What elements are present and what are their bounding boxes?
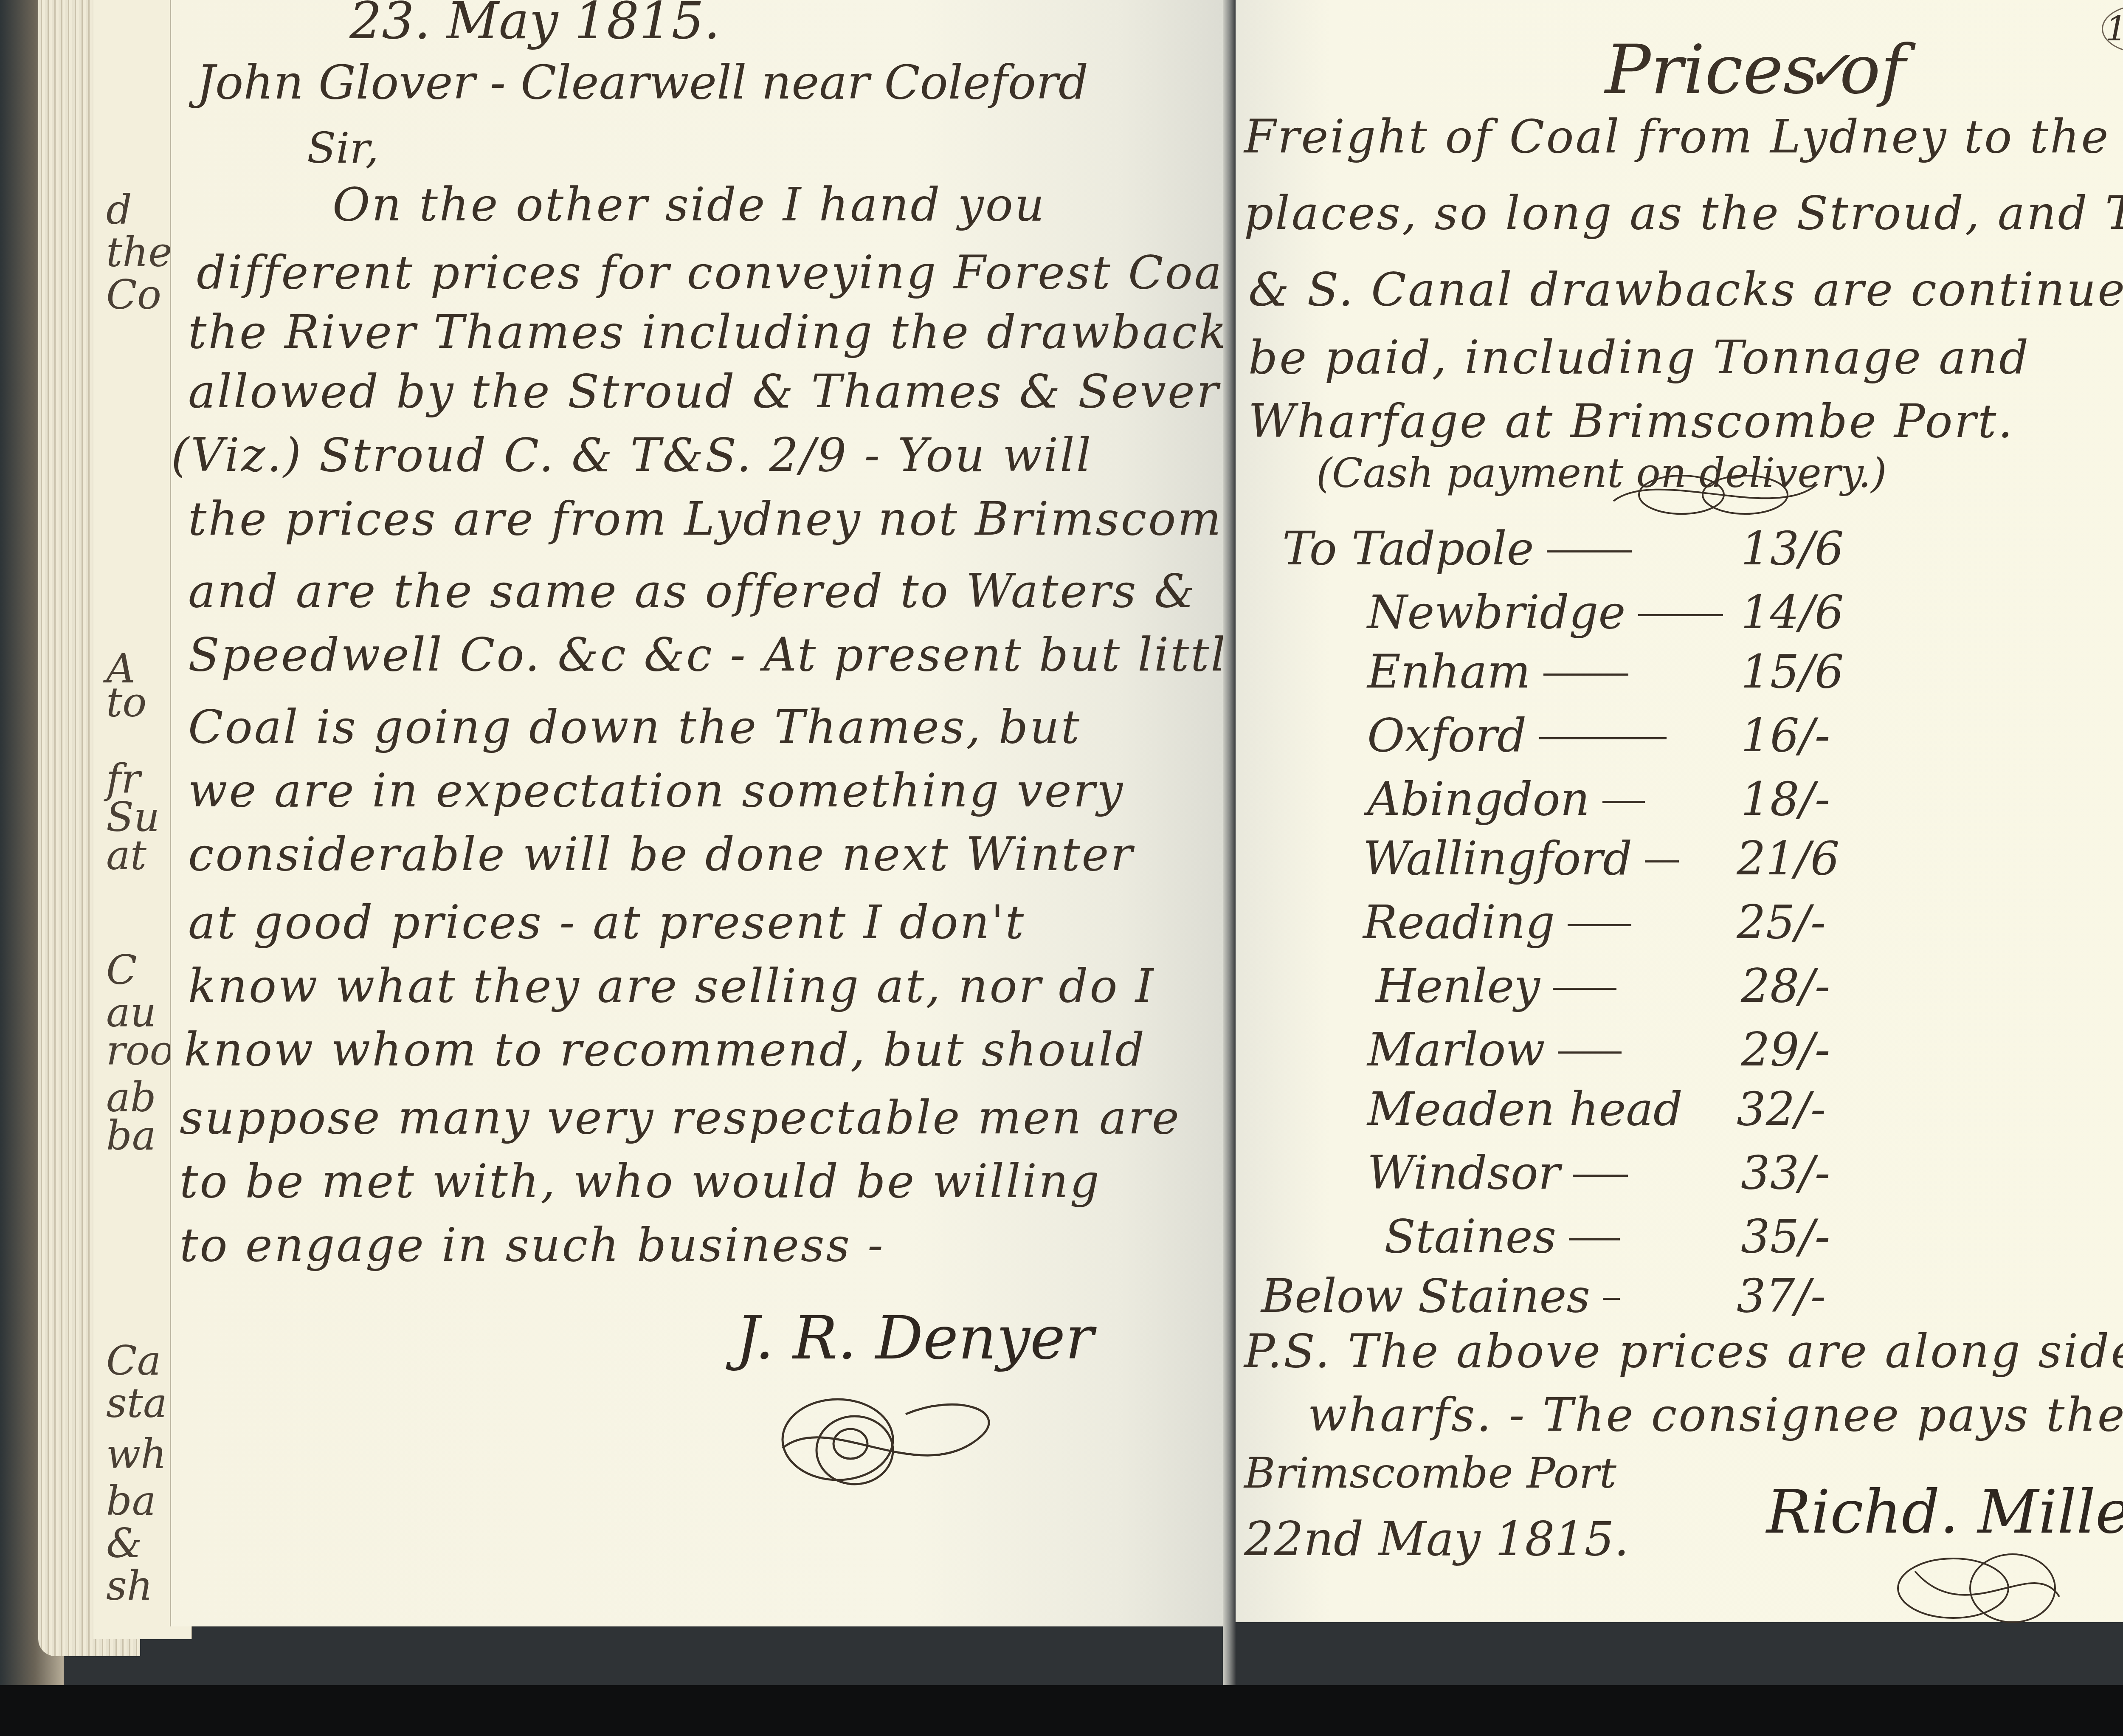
intro-line: Wharfage at Brimscombe Port.	[1248, 395, 2014, 448]
intro-line: Freight of Coal from Lydney to the under…	[1244, 110, 2123, 163]
price-row-below-staines: Below Staines 37/-	[1261, 1270, 1633, 1323]
letter-line: know whom to recommend, but should	[184, 1023, 1146, 1077]
price-row-newbridge: Newbridge 14/6	[1367, 586, 1736, 639]
margin-fragment: Co	[106, 272, 161, 318]
checkmark-icon: ✓	[1805, 38, 1851, 103]
margin-fragment: the	[106, 229, 172, 276]
letter-line: different prices for conveying Forest Co…	[197, 246, 1388, 299]
letter-line: Speedwell Co. &c &c - At present but lit…	[188, 628, 1256, 682]
letter-line: to be met with, who would be willing	[180, 1155, 1101, 1208]
letter-signature: J. R. Denyer	[736, 1304, 1094, 1373]
price-row-wallingford: Wallingford 21/6	[1363, 832, 1692, 885]
letter-salutation: Sir,	[307, 123, 379, 173]
price-row-marlow: Marlow 29/-	[1367, 1023, 1634, 1077]
price-row-henley: Henley 28/-	[1376, 960, 1629, 1013]
left-page-letter: 23. May 1815. John Glover - Clearwell ne…	[170, 0, 1224, 1626]
letter-line: to engage in such business -	[180, 1219, 885, 1272]
price-list-signature: Richd. Miller	[1766, 1478, 2123, 1547]
intro-line: & S. Canal drawbacks are continued to	[1248, 263, 2123, 316]
postscript-line: wharfs. - The consignee pays the unloadi…	[1308, 1389, 2123, 1442]
letter-line: and are the same as offered to Waters &	[188, 565, 1197, 618]
margin-fragment: ba	[106, 1478, 156, 1525]
letter-line: the River Thames including the drawbacks	[188, 306, 1253, 359]
signature-flourish-icon	[1881, 1546, 2102, 1631]
letter-line: allowed by the Stroud & Thames & Severn	[188, 365, 1251, 418]
right-page-price-list: Prices of ✓ Freight of Coal from Lydney …	[1236, 0, 2123, 1622]
letter-line: at good prices - at present I don't	[188, 896, 1025, 949]
price-row-abingdon: Abingdon 18/-	[1367, 773, 1658, 826]
price-row-staines: Staines 35/-	[1384, 1210, 1633, 1263]
postscript-line: P.S. The above prices are along side the	[1244, 1325, 2123, 1378]
letter-line: (Viz.) Stroud C. & T&S. 2/9 - You will	[171, 429, 1092, 482]
letter-line: suppose many very respectable men are	[180, 1091, 1181, 1144]
price-row-oxford: Oxford 16/-	[1367, 709, 1679, 762]
letter-line: know what they are selling at, nor do I	[188, 960, 1155, 1013]
price-list-title: Prices of	[1605, 30, 1906, 109]
book-spine	[1223, 0, 1236, 1690]
letter-date: 23. May 1815.	[349, 0, 720, 51]
margin-fragment: at	[106, 832, 146, 879]
margin-fragment: sta	[106, 1380, 167, 1427]
decorative-flourish-icon	[1605, 459, 1826, 527]
margin-fragment: C	[106, 947, 137, 994]
price-row-enham: Enham 15/6	[1367, 645, 1641, 699]
price-row-windsor: Windsor 33/-	[1367, 1147, 1641, 1200]
sign-off-date: 22nd May 1815.	[1244, 1512, 1629, 1566]
margin-fragment: d	[106, 187, 132, 234]
margin-fragment: to	[106, 679, 146, 726]
signature-flourish-icon	[744, 1384, 1042, 1508]
margin-fragment: Ca	[106, 1338, 161, 1384]
letter-line: considerable will be done next Winter	[188, 828, 1134, 881]
margin-fragment: &	[106, 1520, 142, 1567]
letter-line: On the other side I hand you	[332, 178, 1046, 231]
price-row-reading: Reading 25/-	[1363, 896, 1644, 949]
margin-fragment: ba	[106, 1113, 156, 1159]
margin-fragment: roo	[106, 1028, 174, 1074]
margin-fragment: sh	[106, 1563, 153, 1609]
letter-recipient: John Glover - Clearwell near Coleford	[197, 55, 1088, 110]
letter-line: Coal is going down the Thames, but	[188, 701, 1081, 754]
intro-line: be paid, including Tonnage and	[1248, 331, 2030, 384]
scan-bottom-band	[0, 1685, 2123, 1736]
price-row-meaden-head: Meaden head 32/-	[1367, 1083, 1683, 1136]
margin-fragment: wh	[106, 1431, 167, 1478]
sign-off-place: Brimscombe Port	[1244, 1448, 1616, 1498]
letter-line: the prices are from Lydney not Brimscomb…	[188, 493, 1283, 546]
letter-line: we are in expectation something very	[188, 764, 1124, 817]
price-row-tadpole: To Tadpole 13/6	[1282, 522, 1644, 575]
intro-line: places, so long as the Stroud, and Thame…	[1244, 187, 2123, 240]
